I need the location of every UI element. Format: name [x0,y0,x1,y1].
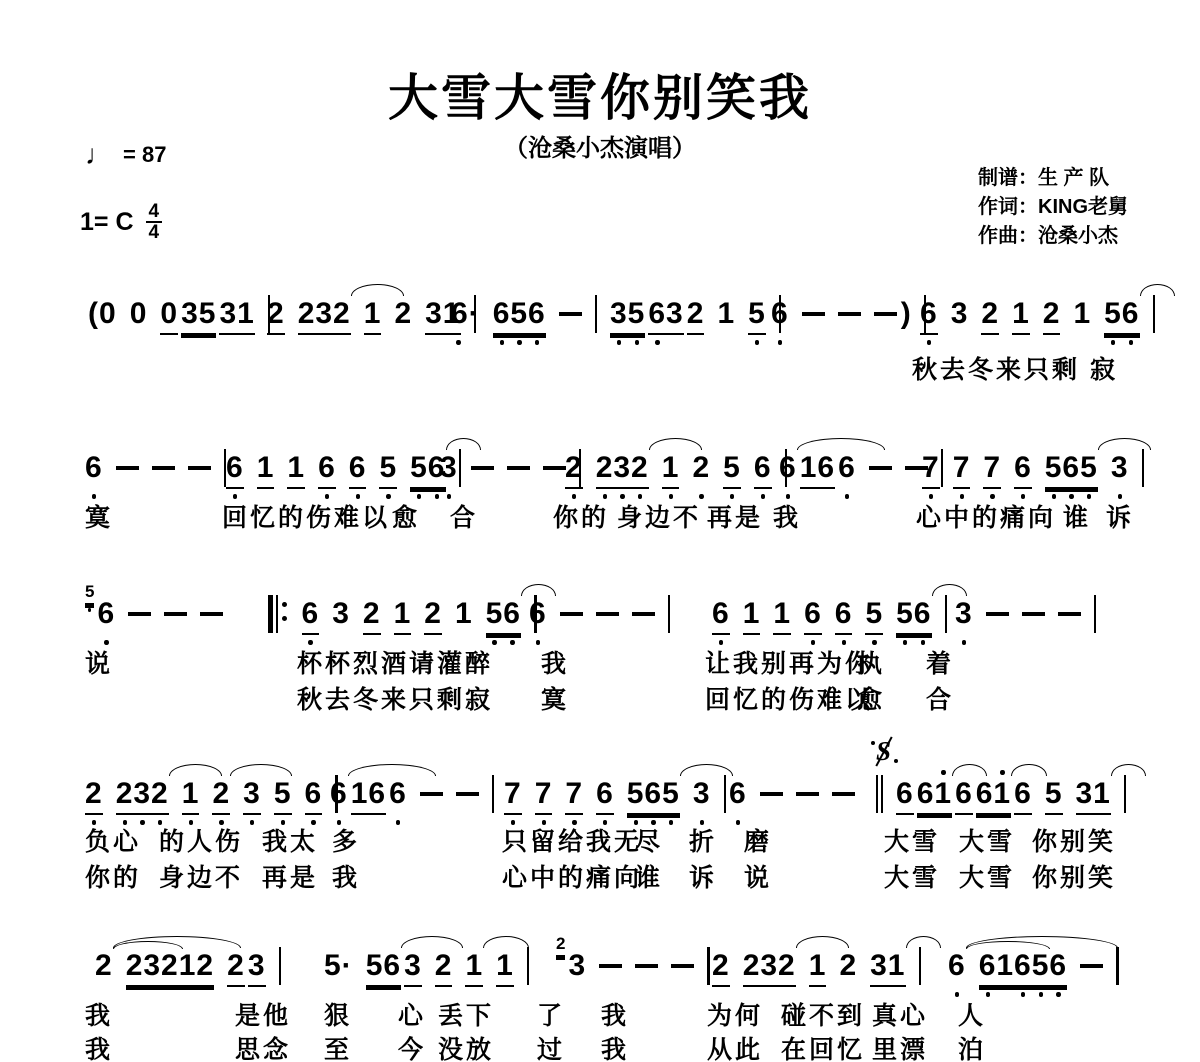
note-token: 1 [465,950,483,987]
octave-dot-below [927,340,932,345]
slur-arc [521,584,556,596]
slur-arc [401,936,463,948]
measure: 22321256 [565,452,787,489]
barline [1116,947,1119,985]
lyric-segment: 没放 [438,1030,494,1062]
barline [527,947,530,985]
slur-arc [1111,764,1146,776]
lyric-segment: 合 [926,680,954,716]
note-token: 56 [366,950,401,987]
measure: 77765653 [504,778,726,815]
lyric-segment: 心中的痛向 [916,498,1056,534]
note-token: (0 [88,298,117,333]
repeat-thick-bar [268,595,273,633]
rest-dash-group [559,298,582,316]
octave-dot-below [250,820,255,825]
duration-dash [635,964,658,968]
note-token: 2 [981,298,999,335]
lyric-segment: 心 [398,996,426,1032]
rest-dash-group [760,778,783,796]
octave-dot-below [755,340,760,345]
duration-dash [152,466,175,470]
duration-dash [596,612,619,616]
note-token: 3 [951,298,969,333]
note-token: 61656 [979,950,1067,987]
note-token: 7 [983,452,1001,489]
note-token: 6 [318,452,336,489]
note-token: 2 [227,950,245,987]
note-token: 5 [274,778,292,815]
duration-dash [986,612,1009,616]
slur-arc [649,438,702,450]
barline [724,775,727,813]
lyric-segment: 我 [85,996,113,1032]
segno-icon: S [872,736,896,768]
note-token: 6 [349,452,367,489]
lyric-segment: 丢下 [438,996,494,1032]
note-token: 16 [351,778,386,815]
octave-dot-below [669,820,674,825]
rest-dash-group [560,598,583,616]
note-token: 3 [693,778,711,813]
note-token: 6 [97,598,115,633]
measure: 6166 [779,452,943,489]
lyric-segment: 我 [601,996,629,1032]
measure: 3 [955,598,1096,633]
note-token: 5 [1045,778,1063,815]
duration-dash [559,312,582,316]
note-token: 5 [379,452,397,489]
octave-dot-below [88,608,92,612]
time-signature-numerator: 4 [146,202,163,223]
note-token: 232 [116,778,169,815]
note-token: 2 [1043,298,1061,335]
slur-arc [348,764,436,776]
rest-dash-group [671,950,694,968]
barline [1124,775,1127,813]
note-token: 3 [955,598,973,633]
barline [668,595,671,633]
duration-dash [128,612,151,616]
measure: 22321231 [267,298,476,335]
rest-dash-group [507,452,530,470]
note-token: 6 [330,778,348,813]
octave-dot-below [535,340,540,345]
rest-dash-group [986,598,1009,616]
note-token: 5 [748,298,766,335]
note-token: 7 [953,452,971,489]
rest-dash-group [471,452,494,470]
lyric-segment: 我太 [262,822,318,858]
note-token: 1 [1073,298,1091,333]
barline [945,595,948,633]
octave-dot-below [510,640,515,645]
credit-lyricist: 作词：KING老舅 [978,193,1128,222]
rest-dash-group [116,452,139,470]
note-token: 2 [565,452,583,489]
note-token: 6 [85,452,103,487]
note-token: 2 [212,778,230,815]
duration-dash [164,612,187,616]
lyric-segment: 心中的痛向 [502,858,642,894]
double-barline [876,775,883,813]
measure: 6616616531 [876,778,1126,815]
lyric-segment: 过 [537,1030,565,1062]
rest-dash-group [796,778,819,796]
duration-dash [671,964,694,968]
lyric-segment: 着 [926,644,954,680]
rest-dash-group [200,598,223,616]
note-token: 6 [712,598,730,635]
slur-arc [797,438,885,450]
lyric-segment: 我 [773,498,801,534]
key-text: 1= C [80,208,134,237]
octave-dot-below [921,640,926,645]
slur-arc [446,438,481,450]
barline [1094,595,1097,633]
lyric-segment: 再是 [707,498,763,534]
note-token: 2 [712,950,730,987]
note-token: 23212 [126,950,214,987]
octave-dot-below [517,340,522,345]
lyric-segment: 人 [958,996,986,1032]
note-token: 3 [568,950,586,985]
lyric-segment: 里漂 [872,1030,928,1062]
measure: 3563215 [610,298,781,335]
repeat-dots [282,595,289,633]
note-token: 1 [364,298,382,335]
song-subtitle: （沧桑小杰演唱） [0,128,1200,163]
slur-arc [1098,438,1151,450]
lyric-segment: 负心 [85,822,141,858]
note-token: 2 [839,950,857,985]
duration-dash [560,612,583,616]
note-token: 2 [692,452,710,487]
lyric-segment: 磨 [744,822,772,858]
note-token: 31 [870,950,905,987]
duration-dash [599,964,622,968]
key-signature: 1= C 4 4 [80,202,162,242]
note-token: 61 [976,778,1011,815]
lyric-segment: 身边不 [617,498,701,534]
note-token: 3 [440,452,458,487]
lyric-segment: 泊 [958,1030,986,1062]
lyric-segment: 至 [324,1030,352,1062]
note-token: 6 [804,598,822,635]
measure: 22321223 [95,950,281,987]
measure: 63212156 [920,298,1155,335]
measure: 661656 [948,950,1119,987]
lyric-segment: 从此 [707,1030,763,1062]
slur-arc [230,764,292,776]
octave-dot-above [1000,770,1005,775]
rest-dash-group [543,452,566,470]
credits-block: 制谱：生 产 队 作词：KING老舅 作曲：沧桑小杰 [978,164,1128,251]
slur-arc [952,764,987,776]
credit-arranger: 制谱：生 产 队 [978,164,1128,193]
lyric-segment: 寞 [541,680,569,716]
octave-dot-below [962,640,967,645]
note-token: 6 [955,778,973,815]
grace-note: 5 [85,583,94,605]
note-token: 565 [627,778,680,815]
note-token: 6 [838,452,856,487]
duration-dash [832,792,855,796]
note-token: 6 [1014,778,1032,815]
note-token: 6 [226,452,244,489]
measure: 6) [771,298,926,333]
lyric-segment: 大雪 [959,858,1015,894]
repeat-thin-bar [276,595,278,633]
note-token: 16 [800,452,835,489]
note-token: 2 [394,298,412,333]
duration-dash [760,792,783,796]
lyric-segment: 谁 [1063,498,1091,534]
note-token: 6 [779,452,797,487]
measure: 77765653 [922,452,1144,489]
octave-dot-below [1056,992,1061,997]
lyric-segment: 你的 [553,498,609,534]
slur-arc [169,764,222,776]
note-token: 6 [948,950,966,985]
octave-dot-below [736,820,741,825]
note-token: 2 [95,950,113,985]
note-token: 7 [535,778,553,815]
lyric-segment: 身边不 [159,858,243,894]
grace-note: 2 [556,935,565,957]
lyric-segment: 今 [398,1030,426,1062]
measure: 223212356 [85,778,338,815]
slur-arc [483,936,529,948]
note-token: 56 [486,598,521,635]
duration-dash [838,312,861,316]
note-token: 2 [435,950,453,987]
note-token: 6 [596,778,614,815]
measure: 3 [440,452,581,487]
repeat-dot [282,602,287,607]
rest-dash-group [1022,598,1045,616]
measure: 6·656 [451,298,597,335]
lyric-segment: 了 [537,996,565,1032]
lyric-segment: 秋去冬来只剩 [297,680,465,716]
rest-dash-group [128,598,151,616]
lyric-segment: 诉 [689,858,717,894]
note-token: 35 [610,298,645,335]
quarter-note-icon: ♩ [85,140,113,170]
barline [1153,295,1156,333]
note-token: 63 [648,298,683,335]
phrase-close-paren: ) [901,298,911,330]
octave-dot-below [435,494,440,499]
lyric-segment: 尽 [635,822,663,858]
note-token: 6 [754,452,772,489]
song-title: 大雪大雪你别笑我 [0,58,1200,130]
octave-dot-below [1021,992,1026,997]
lyric-segment: 寂 [1090,350,1118,386]
rest-dash-group [1058,598,1081,616]
lyric-segment: 我 [332,858,360,894]
barline [595,295,598,333]
duration-dash [471,466,494,470]
note-token: 0 [130,298,148,333]
measure: 56 [85,598,223,633]
rest-dash-group [164,598,187,616]
octave-dot-below [536,640,541,645]
note-token: 6 [771,298,789,333]
octave-dot-below [492,640,497,645]
note-token: 3 [404,950,422,987]
measure: 61166556 [226,452,461,489]
lyric-segment: 再是 [262,858,318,894]
measure: 6166 [330,778,494,815]
lyric-segment: 是他 [235,996,291,1032]
octave-dot-below [1111,340,1116,345]
barline [707,947,710,985]
slur-arc [932,584,967,596]
lyric-segment: 大雪 [959,822,1015,858]
note-token: 1 [809,950,827,987]
note-token: 35 [181,298,216,335]
lyric-segment: 为何 [707,996,763,1032]
lyric-segment: 诉 [1106,498,1134,534]
note-token: 1 [287,452,305,489]
note-token: 2 [363,598,381,635]
measure: 63212156 [268,598,537,635]
lyric-segment: 在回忆 [781,1030,865,1062]
time-signature-denominator: 4 [146,223,163,242]
repeat-begin-sign [268,595,289,633]
lyric-segment: 大雪 [884,858,940,894]
note-token: 2 [85,778,103,815]
duration-dash [200,612,223,616]
measure: (0003531 [88,298,270,335]
note-token: 6 [305,778,323,815]
measure: 6 [729,778,855,813]
octave-dot-above [941,770,946,775]
measure: 61166556 [712,598,947,635]
note-token: 5 [723,452,741,489]
rest-dash-group [599,950,622,968]
lyric-segment: 寞 [85,498,113,534]
note-token: 56 [1104,298,1139,335]
duration-dash [543,466,566,470]
rest-dash-group [802,298,825,316]
lyric-segment: 说 [85,644,113,680]
duration-dash [796,792,819,796]
duration-dash [874,312,897,316]
lyric-segment: 狠 [324,996,352,1032]
rest-dash-group [188,452,211,470]
lyric-segment: 说 [744,858,772,894]
note-token: 6 [729,778,747,813]
note-token: 6 [920,298,938,335]
slur-arc [906,936,941,948]
note-token: 6 [529,598,547,633]
rest-dash-group [869,452,892,470]
note-token: 656 [493,298,546,335]
note-token: 61 [917,778,952,815]
lyric-segment: 让我别再为你 [705,644,873,680]
tempo-marking: ♩ = 87 [85,140,166,170]
slur-arc [351,284,404,296]
note-token: 1 [182,778,200,815]
lyric-segment: 秋去冬来只剩 [912,350,1080,386]
lyric-segment: 你别笑 [1032,858,1116,894]
lyric-segment: 碰不到 [781,996,865,1032]
octave-dot-below [655,340,660,345]
octave-dot-below [456,340,461,345]
octave-dot-below [986,992,991,997]
rest-dash-group [1080,950,1103,968]
duration-dash [456,792,479,796]
lyric-segment: 愈 [857,680,885,716]
note-token: 1 [1012,298,1030,335]
rest-dash-group: ) [874,298,911,330]
slur-arc [1011,764,1046,776]
rest-dash-group [632,598,655,616]
note-token: 1 [743,598,761,635]
note-token: 1 [257,452,275,489]
note-token: 3 [332,598,350,633]
lyric-segment: 醉 [465,644,493,680]
note-token: 1 [496,950,514,987]
note-token: 3 [243,778,261,815]
note-token: 5 [865,598,883,635]
note-token: 31 [1076,778,1111,815]
note-token: 2 [687,298,705,335]
note-token: 2 [424,598,442,635]
barline [919,947,922,985]
octave-dot-below [778,340,783,345]
note-token: 1 [717,298,735,333]
note-token: 0 [160,298,178,335]
note-token: 1 [455,598,473,633]
lyric-segment: 杯杯烈酒请灌 [297,644,465,680]
note-token: 31 [219,298,254,335]
lyric-segment: 只留给我无 [502,822,642,858]
note-token: 2 [267,298,285,335]
note-token: 7 [504,778,522,815]
barline [1142,449,1145,487]
tempo-value: = 87 [123,142,166,168]
duration-dash [632,612,655,616]
note-token: 232 [596,452,649,489]
repeat-dot [282,616,287,621]
measure: 22321231 [712,950,921,987]
lyric-segment: 真心 [872,996,928,1032]
note-token: 3 [248,950,266,987]
lyric-segment: 执 [857,644,885,680]
duration-dash [1022,612,1045,616]
lyric-segment: 大雪 [884,822,940,858]
measure: 5·563211 [324,950,529,987]
rest-dash-group [832,778,855,796]
lyric-segment: 你的 [85,858,141,894]
lyric-segment: 愈 [392,498,420,534]
note-token: 1 [662,452,680,489]
duration-dash [116,466,139,470]
segno-dot [894,759,898,763]
duration-dash [1058,612,1081,616]
note-token: 5· [324,950,353,985]
slur-arc [1140,284,1175,296]
barline [492,775,495,813]
octave-dot-below [617,340,622,345]
note-token: 7 [565,778,583,815]
segno-dot [871,741,875,745]
duration-dash [802,312,825,316]
lyric-segment: 我 [85,1030,113,1062]
